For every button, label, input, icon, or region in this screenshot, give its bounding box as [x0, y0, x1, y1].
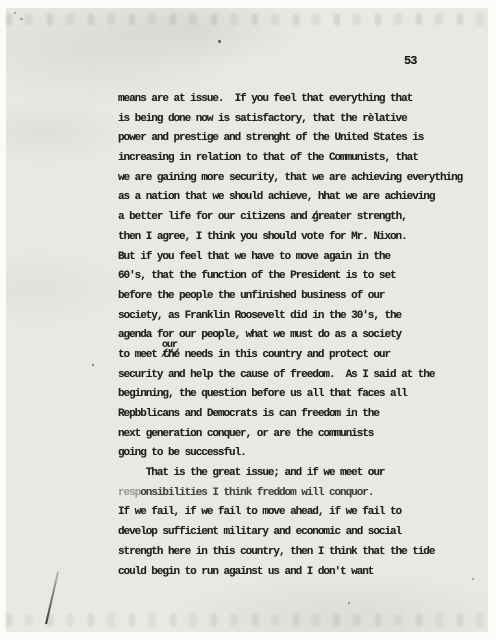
text-line: could begin to run against us and I don'… — [118, 563, 463, 583]
ink-speck — [348, 602, 350, 604]
text-line: 60's, that the function of the President… — [118, 267, 463, 287]
text-line: before the people the unfinished busines… — [118, 287, 463, 307]
line-segment: greater strength, — [312, 211, 406, 223]
text-line: going to be successful. — [118, 444, 463, 464]
strikeout-slash: / — [310, 208, 318, 228]
text-line: then I agree, I think you should vote fo… — [118, 228, 463, 248]
text-line-faded-start: responsibilities I think freddom will co… — [118, 484, 463, 504]
text-line: If we fail, if we fail to move ahead, if… — [118, 503, 463, 523]
line-segment: onsibilities I think freddom will conquo… — [140, 487, 373, 499]
ink-speck — [14, 12, 16, 14]
text-line: develop sufficient military and economic… — [118, 523, 463, 543]
text-line: increasing in relation to that of the Co… — [118, 149, 463, 169]
text-line: power and prestige and strenght of the U… — [118, 129, 463, 149]
text-line: But if you feel that we have to move aga… — [118, 248, 463, 268]
text-line: is being done now is satisfactory, that … — [118, 110, 463, 130]
text-line: beginning, the question before us all th… — [118, 385, 463, 405]
line-segment: a better life for our citizens and — [118, 211, 312, 223]
line-segment: to meet — [118, 349, 162, 361]
ink-speck — [92, 364, 94, 366]
text-line: means are at issue. If you feel that eve… — [118, 90, 463, 110]
line-segment: needs in this country and protect our — [179, 349, 390, 361]
text-line-with-strikeout: a better life for our citizens and /grea… — [118, 208, 463, 228]
text-line-with-insertion: ourto meet ///the needs in this country … — [118, 346, 390, 366]
scan-noise-top — [6, 14, 488, 25]
scan-noise-bottom — [6, 614, 488, 626]
text-line: strength here in this country, then I th… — [118, 543, 463, 563]
ink-speck — [218, 40, 221, 43]
text-line: as a nation that we should achieve, hhat… — [118, 188, 463, 208]
text-line: security and help the cause of freedom. … — [118, 366, 463, 386]
typewritten-text-block: means are at issue. If you feel that eve… — [118, 90, 463, 582]
text-line: next generation conquer, or are the comm… — [118, 425, 463, 445]
overstruck-word: ///the — [162, 346, 179, 366]
paper-scan: 53 means are at issue. If you feel that … — [6, 8, 488, 632]
text-line: Repbblicans and Democrats is can freedom… — [118, 405, 463, 425]
faded-segment: resp — [118, 487, 140, 499]
ink-speck — [472, 578, 474, 580]
strikeout-slashes: /// — [160, 345, 179, 365]
overstruck-word: /greater strength, — [312, 208, 406, 228]
text-line: society, as Franklin Roosevelt did in th… — [118, 307, 463, 327]
text-line: we are gaining more security, that we ar… — [118, 169, 463, 189]
page-number: 53 — [404, 54, 416, 68]
scanned-document-page: { "page_number": "53", "colors": { "pape… — [0, 0, 496, 640]
text-line: That is the great issue; and if we meet … — [118, 464, 463, 484]
ink-speck — [20, 18, 23, 20]
